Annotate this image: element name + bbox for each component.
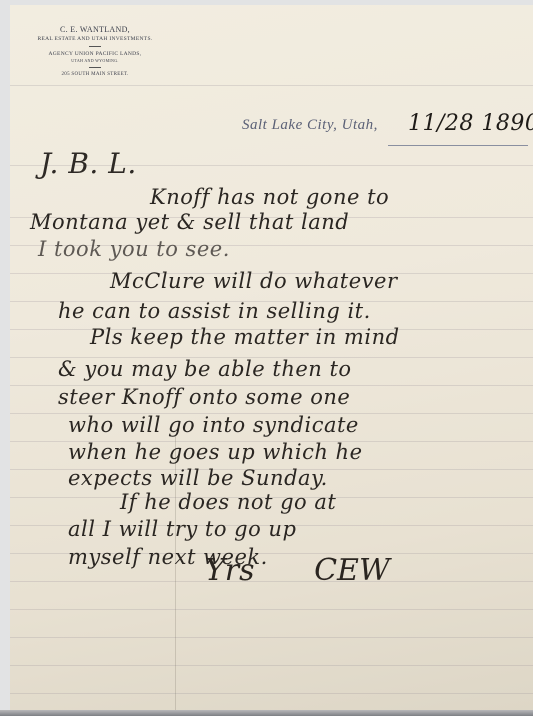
body-line: when he goes up which he [68, 440, 363, 464]
body-line: Knoff has not gone to [150, 185, 389, 209]
body-line: Montana yet & sell that land [30, 210, 349, 234]
body-line: all I will try to go up [68, 517, 296, 541]
letterhead-address: 205 SOUTH MAIN STREET. [10, 72, 180, 77]
body-line: & you may be able then to [58, 357, 352, 381]
body-line: Pls keep the matter in mind [90, 325, 400, 349]
ruled-line [10, 609, 533, 610]
divider [89, 67, 101, 68]
signature-block: Yrs CEW [205, 553, 390, 588]
body-line: he can to assist in selling it. [58, 299, 371, 323]
body-line: who will go into syndicate [68, 413, 359, 437]
closing: Yrs [205, 553, 255, 588]
dateline-rule [388, 145, 528, 146]
salutation: J. B. L. [40, 147, 137, 180]
body-line: McClure will do whatever [110, 269, 398, 293]
ruled-line [10, 665, 533, 666]
body-line: steer Knoff onto some one [58, 385, 350, 409]
ruled-line [10, 85, 533, 86]
letterhead-states: UTAH AND WYOMING. [10, 58, 180, 63]
signature: CEW [314, 553, 390, 588]
dateline-date: 11/28 1890 [408, 111, 533, 136]
letterhead-name: C. E. WANTLAND, [10, 25, 180, 34]
ruled-line [10, 637, 533, 638]
body-line: If he does not go at [120, 490, 336, 514]
letterhead-subtitle: REAL ESTATE AND UTAH INVESTMENTS. [10, 36, 180, 42]
letterhead-agency: AGENCY UNION PACIFIC LANDS, [10, 51, 180, 57]
body-line: I took you to see. [38, 237, 230, 261]
ruled-line [10, 693, 533, 694]
divider [89, 46, 101, 47]
dateline-place: Salt Lake City, Utah, [242, 117, 378, 134]
letter-page: C. E. WANTLAND, REAL ESTATE AND UTAH INV… [10, 5, 533, 711]
table-edge [0, 710, 533, 716]
letterhead: C. E. WANTLAND, REAL ESTATE AND UTAH INV… [10, 25, 180, 77]
body-line: expects will be Sunday. [68, 466, 328, 490]
